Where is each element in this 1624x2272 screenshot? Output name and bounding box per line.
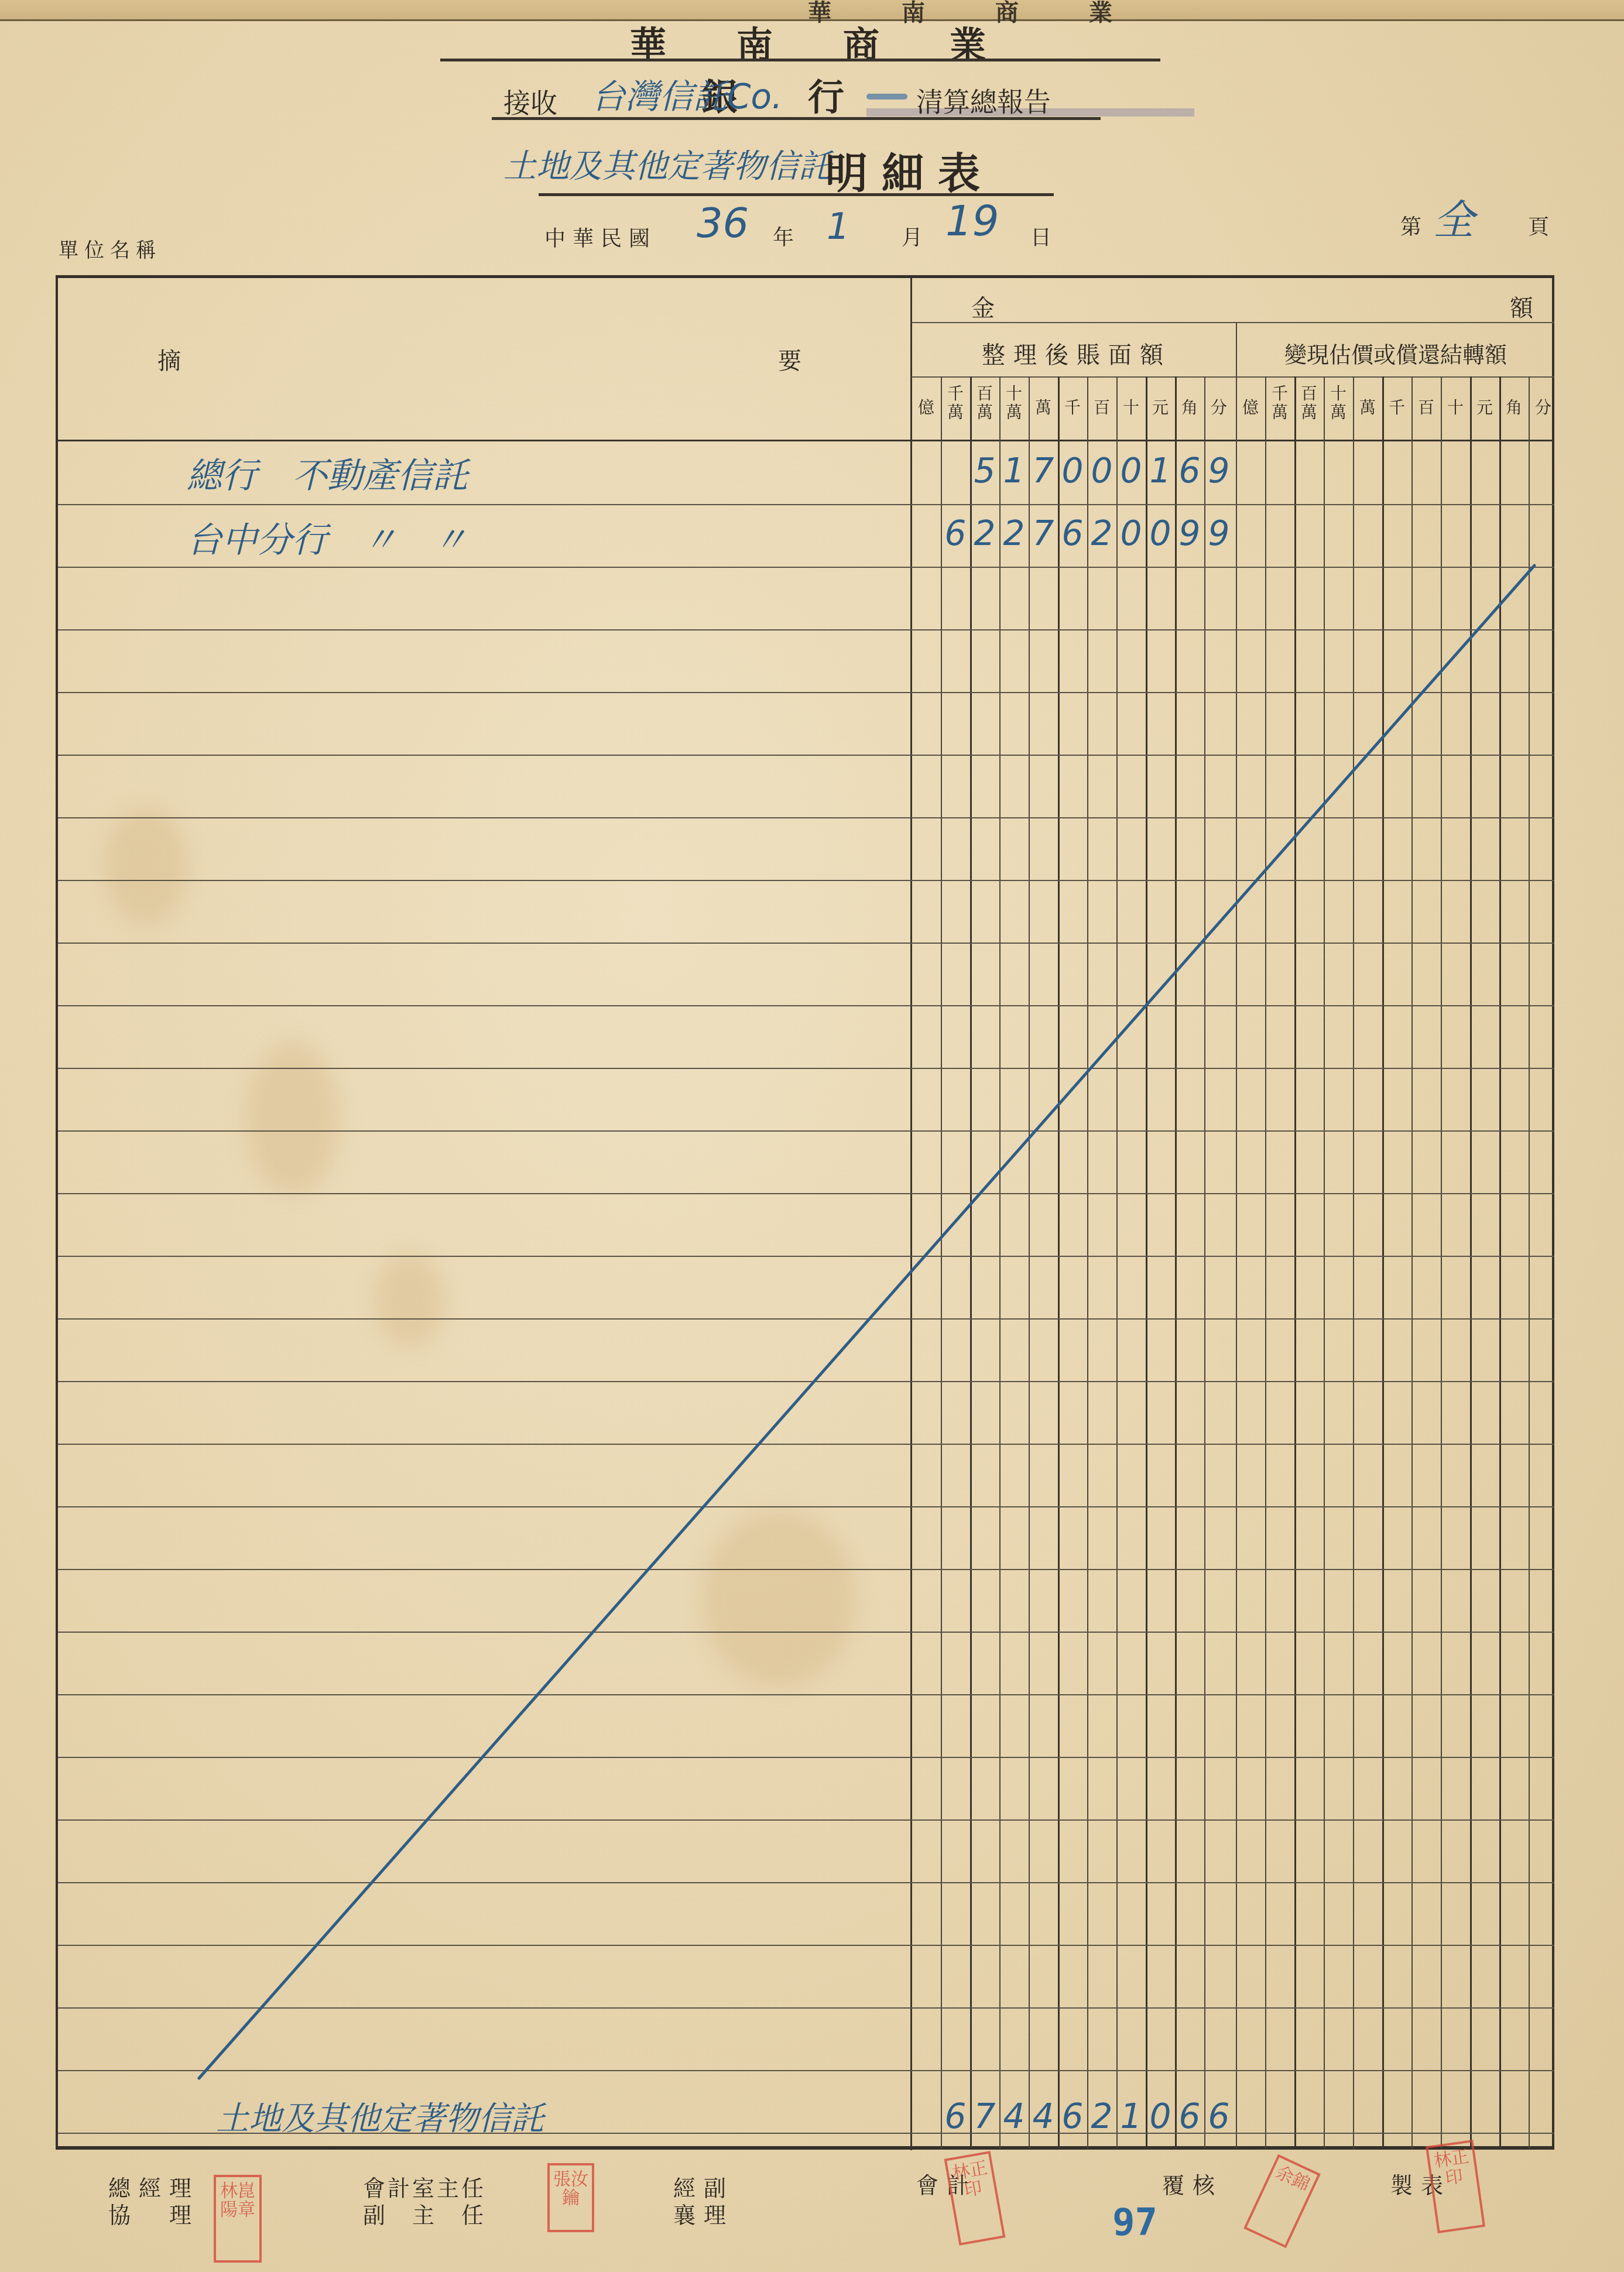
amount-digit: 1 xyxy=(1116,2090,1146,2143)
amount-digit: 2 xyxy=(970,507,999,560)
amount-digit: 6 xyxy=(1204,2090,1234,2143)
date-day: 19 xyxy=(945,196,999,245)
description-amount-divider xyxy=(910,278,912,2150)
amount-digit: 0 xyxy=(1116,444,1146,497)
amount-header-right: 額 xyxy=(1510,290,1533,323)
amount-digit: 4 xyxy=(999,2090,1029,2143)
row-divider xyxy=(58,1005,1554,1006)
subtitle-underline xyxy=(492,117,1101,120)
description-header-right: 要 xyxy=(778,342,801,376)
amount-digit: 9 xyxy=(1204,444,1234,497)
amount-digit: 9 xyxy=(1175,507,1204,560)
receive-entity-handwritten: 台灣信託Co. xyxy=(591,69,782,118)
row-divider xyxy=(58,1819,1554,1821)
date-year: 36 xyxy=(697,199,749,247)
amount-digit: 0 xyxy=(1146,2090,1175,2143)
digit-column-label: 萬 xyxy=(1353,399,1382,417)
amount-digit: 1 xyxy=(1146,444,1175,497)
amount-digit: 2 xyxy=(1087,507,1116,560)
date-era-label: 中華民國 xyxy=(544,222,657,252)
digit-column-label: 角 xyxy=(1175,399,1204,417)
digit-column-label: 元 xyxy=(1470,399,1499,417)
ledger-table: 摘 要 金 額 整理後賬面額 變現估價或償還結轉額 億千 萬百 萬十 萬萬千百十… xyxy=(56,275,1554,2150)
row-divider xyxy=(58,1256,1554,1257)
digit-column-label: 十 萬 xyxy=(999,385,1029,422)
row-divider xyxy=(58,1757,1554,1758)
header-bottom-line xyxy=(58,440,1554,441)
row-divider xyxy=(58,943,1554,944)
date-month: 1 xyxy=(827,205,849,248)
row-divider xyxy=(58,1569,1554,1570)
description-header-left: 摘 xyxy=(157,342,181,376)
row-divider xyxy=(58,1506,1554,1507)
digit-column-label: 百 xyxy=(1087,399,1116,417)
row-divider xyxy=(58,1381,1554,1382)
amount-digit: 0 xyxy=(1116,507,1146,560)
digit-column-label: 十 xyxy=(1441,399,1470,417)
row-divider xyxy=(58,1694,1554,1695)
subheader-divider xyxy=(912,376,1554,378)
page-suffix: 頁 xyxy=(1528,211,1549,241)
detail-subject-handwritten: 土地及其他定著物信託 xyxy=(503,140,831,187)
amount-header-divider xyxy=(912,322,1554,323)
amount-digit: 6 xyxy=(941,2090,970,2143)
digit-column-label: 萬 xyxy=(1029,399,1058,417)
amount-digit: 6 xyxy=(1058,507,1087,560)
total-row-description: 土地及其他定著物信託 xyxy=(216,2093,544,2140)
manager-label: 經副 襄理 xyxy=(673,2175,734,2229)
amount-digit: 2 xyxy=(999,507,1029,560)
amount-digit: 0 xyxy=(1087,444,1116,497)
row-divider xyxy=(58,2007,1554,2009)
preparer-seal: 林正印 xyxy=(1426,2140,1485,2233)
row-divider xyxy=(58,880,1554,881)
row-divider xyxy=(58,629,1554,630)
row-divider xyxy=(58,692,1554,693)
receive-label: 接收 xyxy=(503,82,557,121)
amount-digit: 4 xyxy=(1029,2090,1058,2143)
accounting-chief-seal: 張汝鑰 xyxy=(547,2163,594,2232)
date-year-label: 年 xyxy=(773,221,794,251)
row-divider xyxy=(58,755,1554,756)
digit-column-label: 元 xyxy=(1146,399,1175,417)
amount-digit: 2 xyxy=(1087,2090,1116,2143)
page-value: 全 xyxy=(1433,187,1474,246)
digit-column-label: 十 xyxy=(1116,399,1146,417)
row-2-description: 台中分行 〃 〃 xyxy=(187,512,468,563)
digit-column-label: 千 xyxy=(1058,399,1087,417)
row-divider xyxy=(58,2070,1554,2071)
digit-column-label: 千 xyxy=(1382,399,1411,417)
amount-digit: 7 xyxy=(1029,507,1058,560)
group2-header: 變現估價或償還結轉額 xyxy=(1238,337,1554,369)
amount-digit: 1 xyxy=(999,444,1029,497)
page-prefix: 第 xyxy=(1400,211,1421,241)
digit-column-label: 十 萬 xyxy=(1324,385,1353,422)
row-divider xyxy=(58,504,1554,505)
digit-column-label: 分 xyxy=(1529,399,1558,417)
amount-digit: 6 xyxy=(1175,2090,1204,2143)
amount-digit: 5 xyxy=(970,444,999,497)
archive-number: 97 xyxy=(1112,2201,1157,2244)
digit-column-label: 百 萬 xyxy=(970,385,999,422)
digit-column-label: 億 xyxy=(1236,399,1265,417)
row-divider xyxy=(58,817,1554,818)
row-divider xyxy=(58,1068,1554,1069)
amount-digit: 7 xyxy=(970,2090,999,2143)
row-divider xyxy=(58,1193,1554,1194)
amount-digit: 6 xyxy=(1175,444,1204,497)
amount-header-left: 金 xyxy=(971,290,995,323)
row-1-description: 總行 不動產信託 xyxy=(187,448,468,498)
amount-digit: 9 xyxy=(1204,507,1234,560)
row-divider xyxy=(58,1882,1554,1883)
amount-digit: 0 xyxy=(1146,507,1175,560)
general-manager-seal: 林崑陽章 xyxy=(214,2175,262,2263)
date-day-label: 日 xyxy=(1030,221,1051,251)
detail-title: 明細表 xyxy=(825,139,994,200)
row-divider xyxy=(58,1444,1554,1445)
row-divider xyxy=(58,1945,1554,1946)
digit-column-label: 分 xyxy=(1204,399,1234,417)
reviewer-seal: 余錦 xyxy=(1243,2154,1321,2249)
row-divider xyxy=(58,567,1554,568)
amount-digit: 7 xyxy=(1029,444,1058,497)
row-divider xyxy=(58,1130,1554,1132)
general-manager-label: 總經理 協 理 xyxy=(108,2175,200,2229)
row-divider xyxy=(58,1318,1554,1320)
amount-digit: 6 xyxy=(1058,2090,1087,2143)
group1-header: 整理後賬面額 xyxy=(919,337,1235,370)
date-month-label: 月 xyxy=(902,221,923,251)
digit-column-label: 億 xyxy=(912,399,941,417)
title-underline xyxy=(440,59,1160,61)
digit-column-label: 百 xyxy=(1411,399,1441,417)
report-title: 清算總報告 xyxy=(916,81,1051,119)
reviewer-label: 覆核 xyxy=(1162,2172,1223,2199)
amount-digit: 0 xyxy=(1058,444,1087,497)
digit-column-label: 千 萬 xyxy=(1265,385,1294,422)
unit-name-label: 單位名稱 xyxy=(59,234,162,263)
digit-column-label: 角 xyxy=(1499,399,1529,417)
amount-digit: 6 xyxy=(941,507,970,560)
row-divider xyxy=(58,1632,1554,1633)
accounting-chief-label: 會計室主任 副 主 任 xyxy=(363,2175,486,2229)
handwritten-dash xyxy=(866,94,907,100)
digit-column-label: 千 萬 xyxy=(941,385,970,422)
accountant-seal: 林正印 xyxy=(944,2151,1006,2246)
digit-column-label: 百 萬 xyxy=(1294,385,1324,422)
